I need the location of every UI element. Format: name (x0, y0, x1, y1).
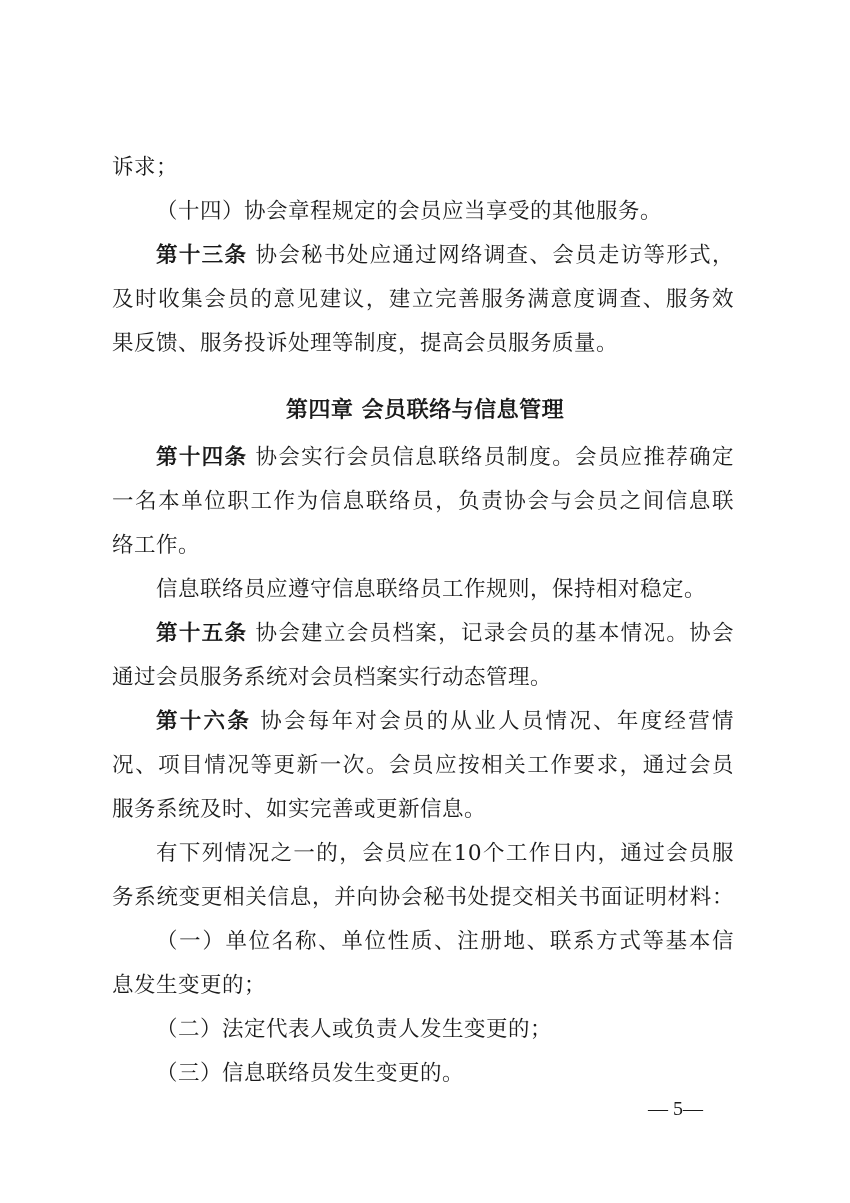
line-text: 协会每年对会员的从业人员情况、年度经营情 (251, 709, 734, 734)
line-text: 果反馈、服务投诉处理等制度，提高会员服务质量。 (112, 331, 618, 356)
paragraph-line: 果反馈、服务投诉处理等制度，提高会员服务质量。 (112, 329, 734, 359)
paragraph-line: 通过会员服务系统对会员档案实行动态管理。 (112, 663, 734, 693)
paragraph-line: 及时收集会员的意见建议，建立完善服务满意度调查、服务效 (112, 285, 734, 315)
list-item-2: （二）法定代表人或负责人发生变更的； (112, 1015, 734, 1045)
paragraph-line: （十四）协会章程规定的会员应当享受的其他服务。 (112, 197, 734, 227)
paragraph-line: 服务系统及时、如实完善或更新信息。 (112, 795, 734, 825)
line-text: 协会建立会员档案，记录会员的基本情况。协会 (247, 621, 734, 646)
article-label: 第十六条 (156, 709, 251, 734)
article-label: 第十四条 (156, 445, 247, 470)
line-text: 信息联络员应遵守信息联络员工作规则，保持相对稳定。 (156, 577, 706, 602)
line-text: 协会秘书处应通过网络调查、会员走访等形式， (247, 243, 734, 268)
paragraph-line: 诉求； (112, 153, 734, 183)
list-item-3: （三）信息联络员发生变更的。 (112, 1059, 734, 1089)
article-13-line: 第十三条 协会秘书处应通过网络调查、会员走访等形式， (112, 241, 734, 271)
line-text: 况、项目情况等更新一次。会员应按相关工作要求，通过会员 (112, 753, 734, 778)
line-text: 务系统变更相关信息，并向协会秘书处提交相关书面证明材料： (112, 885, 734, 910)
paragraph-line: 信息联络员应遵守信息联络员工作规则，保持相对稳定。 (112, 575, 734, 605)
line-text: 诉求； (112, 155, 178, 180)
article-16-line: 第十六条 协会每年对会员的从业人员情况、年度经营情 (112, 707, 734, 737)
line-text: 息发生变更的； (112, 973, 266, 998)
line-text: （二）法定代表人或负责人发生变更的； (156, 1017, 552, 1042)
paragraph-line: 务系统变更相关信息，并向协会秘书处提交相关书面证明材料： (112, 883, 734, 913)
line-text: 协会实行会员信息联络员制度。会员应推荐确定 (247, 445, 734, 470)
article-14-line: 第十四条 协会实行会员信息联络员制度。会员应推荐确定 (112, 443, 734, 473)
line-text: 一名本单位职工作为信息联络员，负责协会与会员之间信息联 (112, 489, 734, 514)
paragraph-line: 况、项目情况等更新一次。会员应按相关工作要求，通过会员 (112, 751, 734, 781)
list-item-1: （一）单位名称、单位性质、注册地、联系方式等基本信 (112, 927, 734, 957)
paragraph-line: 一名本单位职工作为信息联络员，负责协会与会员之间信息联 (112, 487, 734, 517)
line-text: （一）单位名称、单位性质、注册地、联系方式等基本信 (156, 929, 734, 954)
line-text: 及时收集会员的意见建议，建立完善服务满意度调查、服务效 (112, 287, 734, 312)
line-text: （三）信息联络员发生变更的。 (156, 1061, 464, 1086)
paragraph-line: 有下列情况之一的，会员应在10个工作日内，通过会员服 (112, 839, 734, 869)
paragraph-line: 络工作。 (112, 531, 734, 561)
line-text: （十四）协会章程规定的会员应当享受的其他服务。 (156, 199, 662, 224)
article-label: 第十五条 (156, 621, 247, 646)
article-15-line: 第十五条 协会建立会员档案，记录会员的基本情况。协会 (112, 619, 734, 649)
page-number: — 5— (648, 1096, 703, 1122)
line-text: 络工作。 (112, 533, 200, 558)
chapter-heading: 第四章 会员联络与信息管理 (0, 396, 850, 426)
paragraph-line: 息发生变更的； (112, 971, 734, 1001)
document-page: 诉求； （十四）协会章程规定的会员应当享受的其他服务。 第十三条 协会秘书处应通… (0, 0, 850, 1203)
line-text: 有下列情况之一的，会员应在10个工作日内，通过会员服 (156, 841, 734, 866)
article-label: 第十三条 (156, 243, 247, 268)
line-text: 服务系统及时、如实完善或更新信息。 (112, 797, 486, 822)
line-text: 通过会员服务系统对会员档案实行动态管理。 (112, 665, 552, 690)
